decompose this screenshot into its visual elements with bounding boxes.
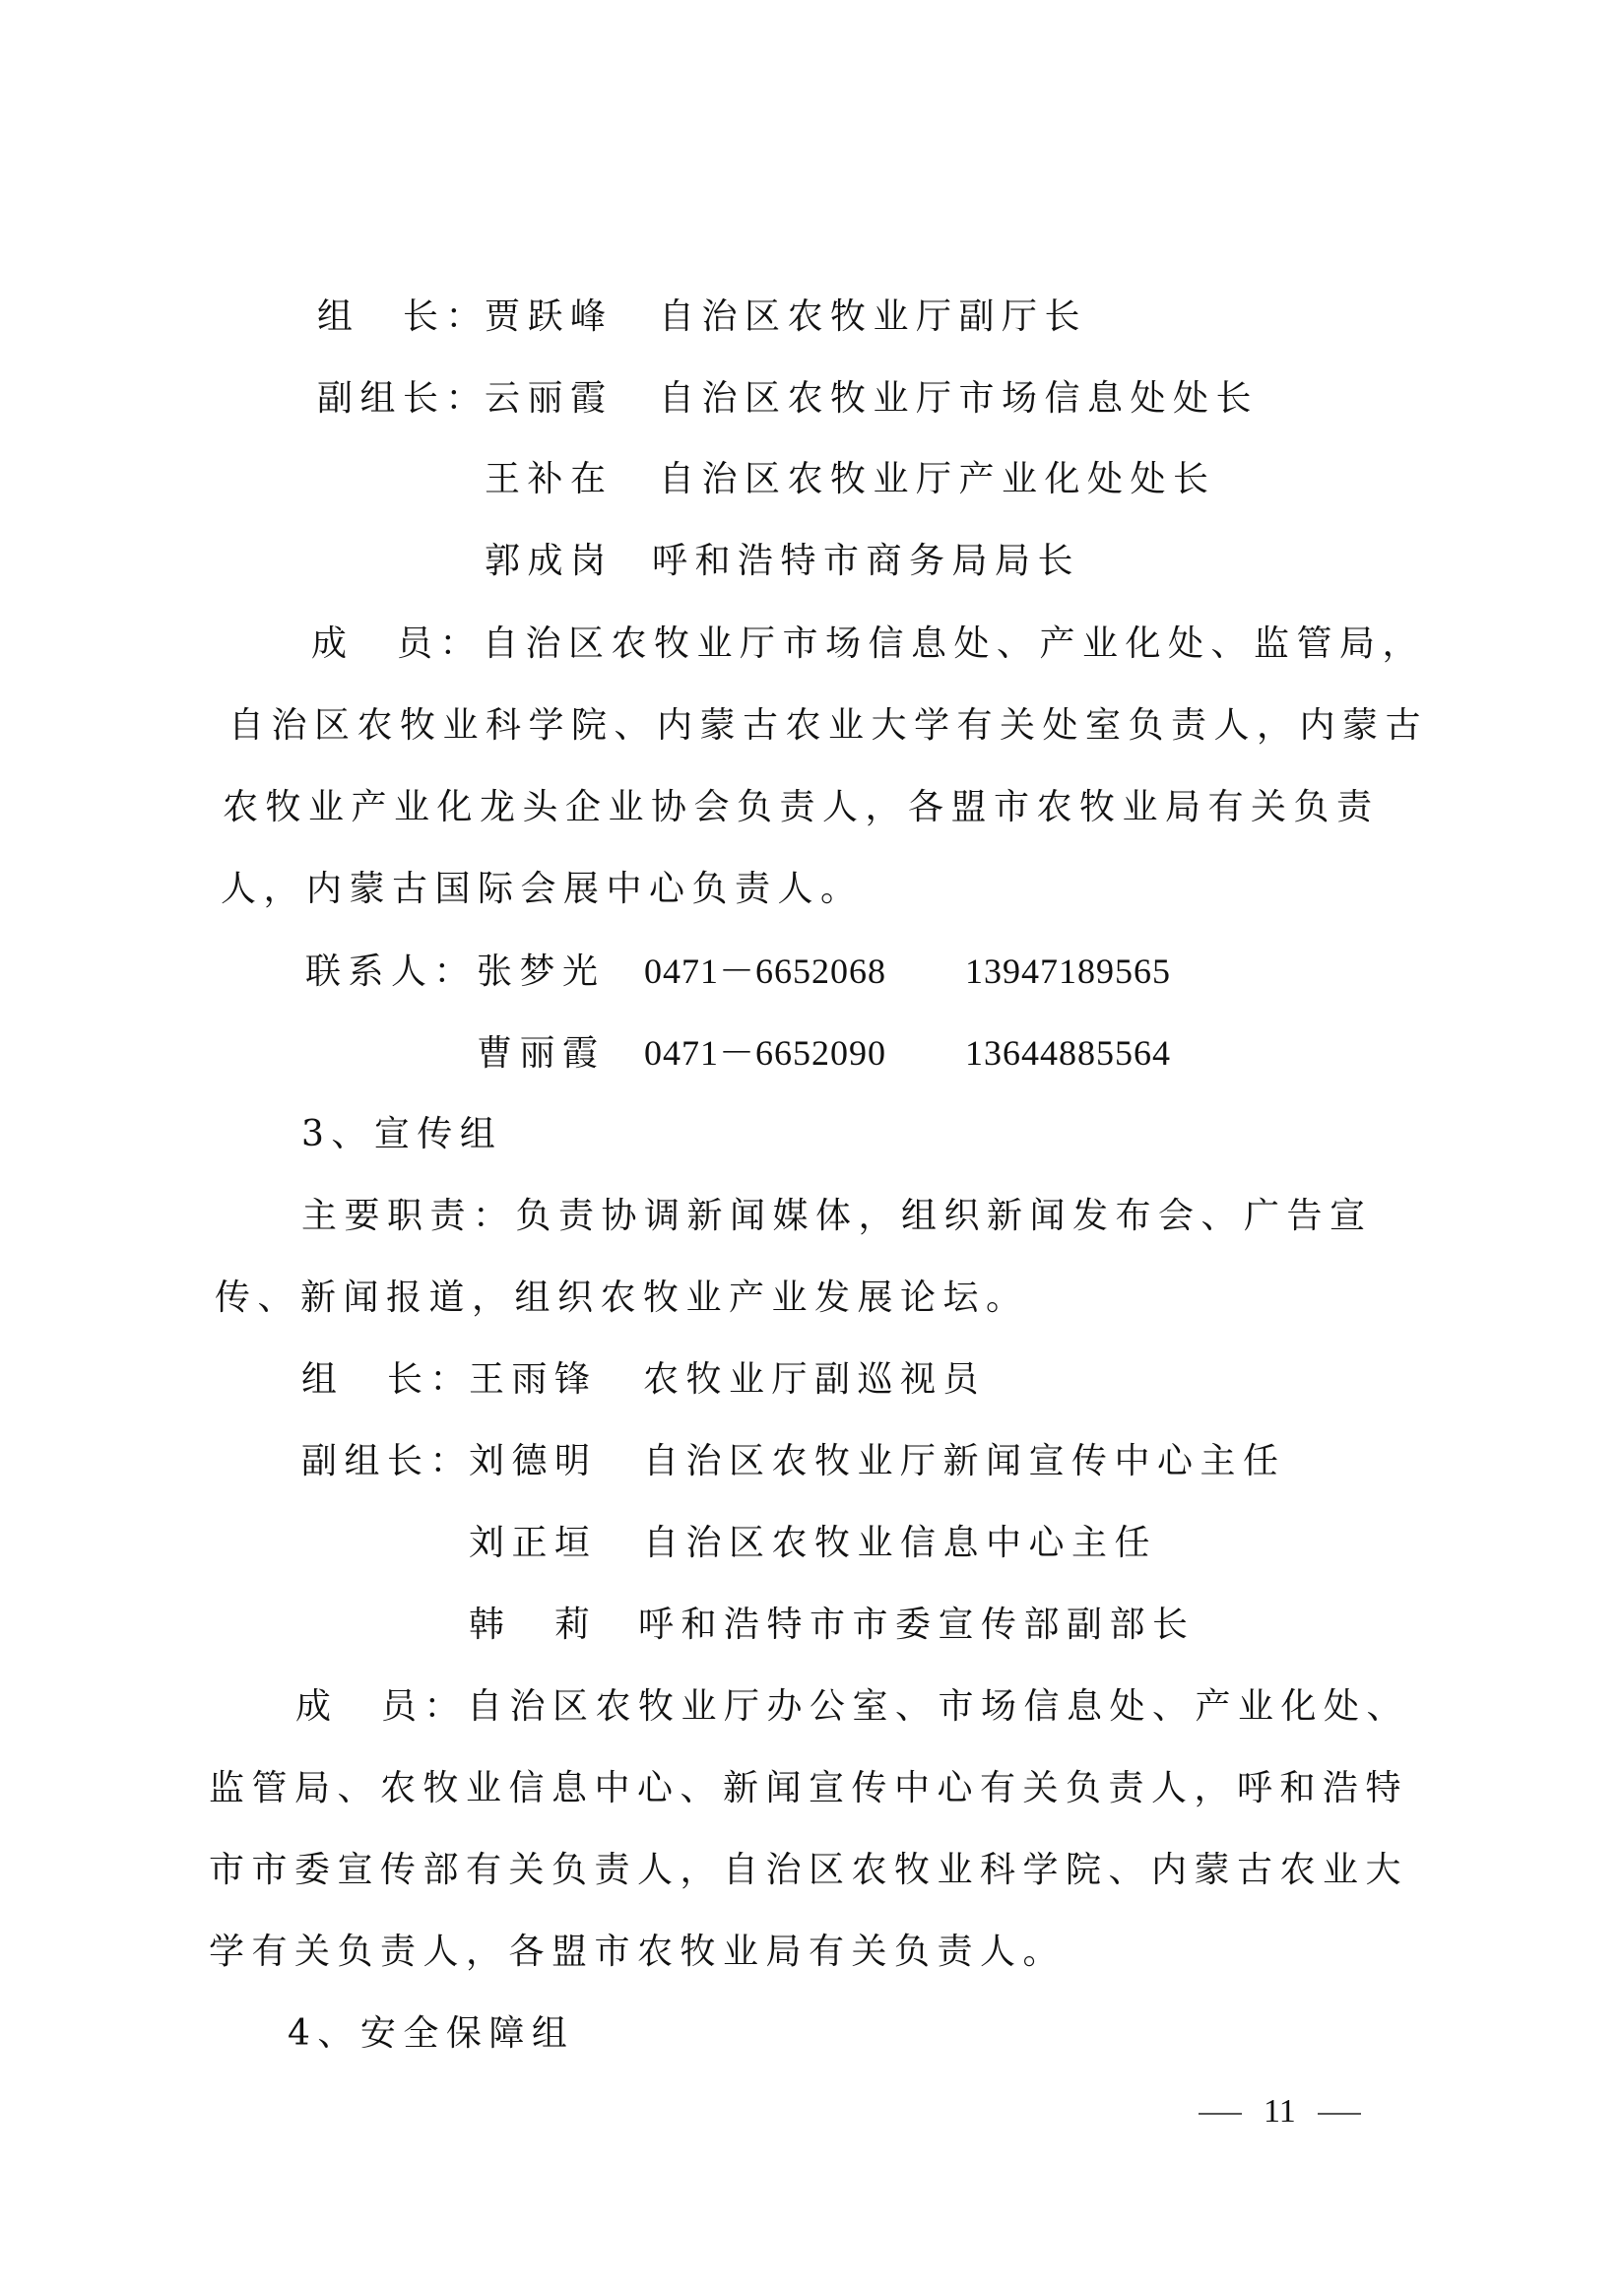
contact-phone: 0471－6652090 <box>644 1031 965 1075</box>
deputy-name: 云丽霞 <box>485 377 659 421</box>
leader-row: 组 长：王雨锋农牧业厅副巡视员 <box>301 1358 986 1402</box>
members-paragraph-line: 自治区农牧业科学院、内蒙古农业大学有关处室负责人，内蒙古 <box>228 704 1428 748</box>
deputy-title: 自治区农牧业厅市场信息处处长 <box>659 377 1259 421</box>
members-paragraph-line: 成 员：自治区农牧业厅市场信息处、产业化处、监管局， <box>311 623 1425 666</box>
contact-row: 曹丽霞0471－665209013644885564 <box>477 1031 1171 1076</box>
contact-phone: 0471－6652068 <box>644 950 965 993</box>
deputy-row: 王补在自治区农牧业厅产业化处处长 <box>485 458 1216 501</box>
deputy-title: 自治区农牧业信息中心主任 <box>643 1522 1157 1565</box>
duties-paragraph-line: 传、新闻报道，组织农牧业产业发展论坛。 <box>215 1277 1029 1320</box>
document-page: 组 长：贾跃峰自治区农牧业厅副厅长 副组长：云丽霞自治区农牧业厅市场信息处处长 … <box>0 0 1621 2296</box>
section-heading: 4、安全保障组 <box>288 2012 574 2056</box>
leader-row: 组 长：贾跃峰自治区农牧业厅副厅长 <box>317 295 1087 339</box>
deputy-row: 刘正垣自治区农牧业信息中心主任 <box>469 1522 1157 1565</box>
members-paragraph-line: 成 员：自治区农牧业厅办公室、市场信息处、产业化处、 <box>295 1685 1409 1729</box>
deputy-row: 韩 莉呼和浩特市市委宣传部副部长 <box>469 1604 1196 1647</box>
deputy-title: 呼和浩特市商务局局长 <box>652 540 1080 583</box>
leader-title: 农牧业厅副巡视员 <box>643 1358 986 1402</box>
contact-name: 曹丽霞 <box>477 1032 644 1076</box>
members-paragraph-line: 农牧业产业化龙头企业协会负责人，各盟市农牧业局有关负责 <box>223 786 1380 829</box>
deputy-row: 副组长：云丽霞自治区农牧业厅市场信息处处长 <box>317 377 1259 421</box>
footer-dash-left <box>1199 2113 1242 2115</box>
contacts-label: 联系人： <box>305 951 477 994</box>
deputy-name: 韩 莉 <box>469 1604 638 1647</box>
members-paragraph-line: 人，内蒙古国际会展中心负责人。 <box>221 868 864 911</box>
duties-paragraph-line: 主要职责：负责协调新闻媒体，组织新闻发布会、广告宣 <box>301 1195 1373 1238</box>
footer-dash-right <box>1318 2113 1361 2115</box>
contact-mobile: 13644885564 <box>965 1033 1171 1073</box>
deputy-row: 郭成岗呼和浩特市商务局局长 <box>485 540 1080 583</box>
contact-mobile: 13947189565 <box>965 951 1171 991</box>
deputy-title: 自治区农牧业厅产业化处处长 <box>659 458 1216 501</box>
leader-name: 贾跃峰 <box>485 295 659 339</box>
members-paragraph-line: 学有关负责人，各盟市农牧业局有关负责人。 <box>209 1931 1066 1974</box>
contact-name: 张梦光 <box>477 951 644 994</box>
deputy-row: 副组长：刘德明自治区农牧业厅新闻宣传中心主任 <box>301 1440 1286 1483</box>
contact-row: 联系人：张梦光0471－665206813947189565 <box>305 950 1171 994</box>
leader-name: 王雨锋 <box>469 1358 643 1402</box>
deputy-name: 郭成岗 <box>485 540 652 583</box>
deputy-label: 副组长： <box>317 377 485 421</box>
leader-label: 组 长： <box>301 1358 469 1402</box>
leader-label: 组 长： <box>317 295 485 339</box>
deputy-name: 王补在 <box>485 458 659 501</box>
deputy-name: 刘正垣 <box>469 1522 643 1565</box>
members-paragraph-line: 市市委宣传部有关负责人，自治区农牧业科学院、内蒙古农业大 <box>209 1849 1408 1892</box>
deputy-title: 呼和浩特市市委宣传部副部长 <box>638 1604 1196 1647</box>
deputy-title: 自治区农牧业厅新闻宣传中心主任 <box>643 1440 1286 1483</box>
members-paragraph-line: 监管局、农牧业信息中心、新闻宣传中心有关负责人，呼和浩特 <box>209 1767 1408 1810</box>
page-number: 11 <box>1264 2093 1296 2130</box>
page-number-footer: 11 <box>1199 2092 1383 2132</box>
leader-title: 自治区农牧业厅副厅长 <box>659 295 1087 339</box>
deputy-label: 副组长： <box>301 1440 469 1483</box>
deputy-name: 刘德明 <box>469 1440 643 1483</box>
section-heading: 3、宣传组 <box>301 1113 502 1156</box>
